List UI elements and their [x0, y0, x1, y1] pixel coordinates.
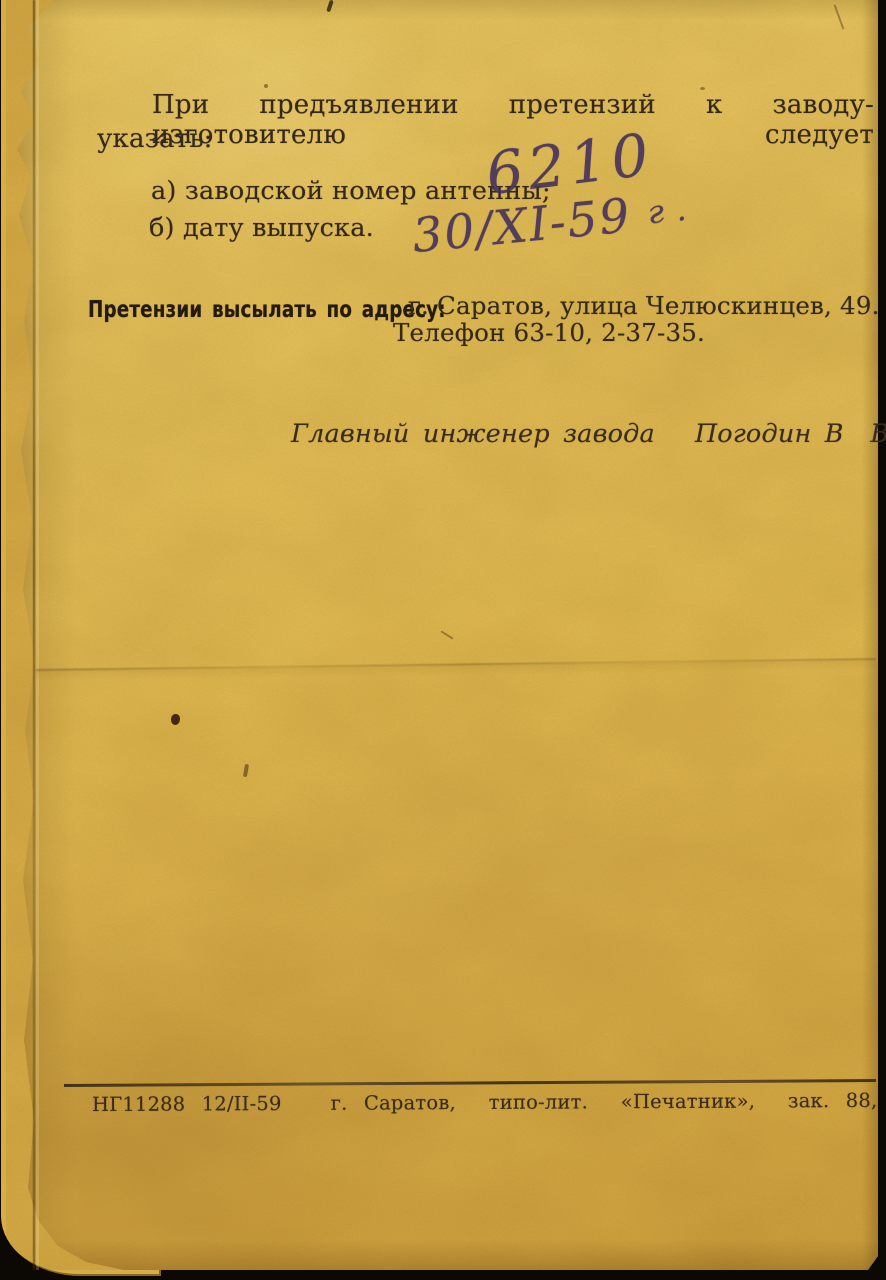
intro-paragraph-line2: указать:: [97, 124, 213, 154]
binding-crease: [33, 0, 35, 1270]
scanned-document-page: При предъявлении претензий к заводу-изго…: [0, 0, 886, 1280]
printing-house-imprint: НГ11288 12/II-59 г. Саратов, типо-лит. «…: [92, 1088, 886, 1116]
handwritten-date-suffix: г .: [646, 190, 689, 232]
chief-engineer-signature-line: Главный инженер завода Погодин В В.: [291, 419, 886, 449]
list-item-release-date-label: б) дату выпуска.: [149, 213, 374, 243]
factory-address-line1: г. Саратов, улица Челюскинцев, 49.: [408, 291, 880, 320]
dust-dot: [264, 84, 268, 88]
binding-crease-highlight: [36, 0, 39, 1270]
factory-phone-line: Телефон 63-10, 2-37-35.: [393, 318, 705, 347]
